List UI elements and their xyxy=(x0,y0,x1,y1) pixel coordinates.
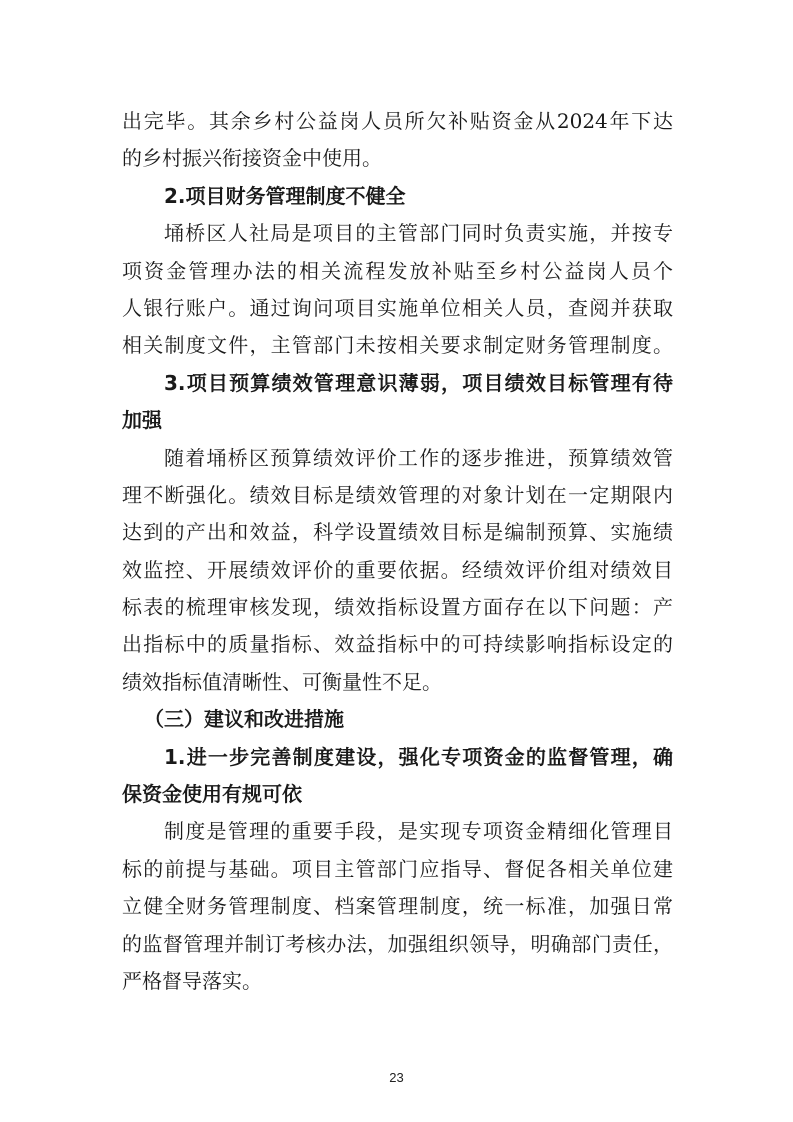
paragraph-line: 项资金管理办法的相关流程发放补贴至乡村公益岗人员个 xyxy=(122,253,673,290)
paragraph-line: 立健全财务管理制度、档案管理制度，统一标准，加强日常 xyxy=(122,888,673,925)
paragraph-line: 随着埇桥区预算绩效评价工作的逐步推进，预算绩效管 xyxy=(122,440,673,477)
subheading-continuation: 加强 xyxy=(122,402,673,439)
paragraph-line: 标表的梳理审核发现，绩效指标设置方面存在以下问题：产 xyxy=(122,589,673,626)
paragraph-line: 制度是管理的重要手段，是实现专项资金精细化管理目 xyxy=(122,813,673,850)
paragraph-line: 人银行账户。通过询问项目实施单位相关人员，查阅并获取 xyxy=(122,290,673,327)
paragraph-line: 埇桥区人社局是项目的主管部门同时负责实施，并按专 xyxy=(122,215,673,252)
paragraph-line: 理不断强化。绩效目标是绩效管理的对象计划在一定期限内 xyxy=(122,477,673,514)
document-page: 出完毕。其余乡村公益岗人员所欠补贴资金从2024年下达 的乡村振兴衔接资金中使用… xyxy=(122,103,673,1000)
section-heading: （三）建议和改进措施 xyxy=(122,701,673,738)
subheading-continuation: 保资金使用有规可依 xyxy=(122,776,673,813)
paragraph-line: 严格督导落实。 xyxy=(122,963,673,1000)
paragraph-line: 出指标中的质量指标、效益指标中的可持续影响指标设定的 xyxy=(122,626,673,663)
paragraph-line: 绩效指标值清晰性、可衡量性不足。 xyxy=(122,664,673,701)
paragraph-line: 相关制度文件，主管部门未按相关要求制定财务管理制度。 xyxy=(122,327,673,364)
subheading: 3.项目预算绩效管理意识薄弱，项目绩效目标管理有待 xyxy=(122,365,673,402)
paragraph-line: 达到的产出和效益，科学设置绩效目标是编制预算、实施绩 xyxy=(122,514,673,551)
paragraph-line: 的乡村振兴衔接资金中使用。 xyxy=(122,140,673,177)
paragraph-line: 出完毕。其余乡村公益岗人员所欠补贴资金从2024年下达 xyxy=(122,103,673,140)
page-number: 23 xyxy=(0,1070,793,1085)
paragraph-line: 标的前提与基础。项目主管部门应指导、督促各相关单位建 xyxy=(122,851,673,888)
subheading: 2.项目财务管理制度不健全 xyxy=(122,178,673,215)
subheading: 1.进一步完善制度建设，强化专项资金的监督管理，确 xyxy=(122,739,673,776)
paragraph-line: 的监督管理并制订考核办法，加强组织领导，明确部门责任， xyxy=(122,926,673,963)
paragraph-line: 效监控、开展绩效评价的重要依据。经绩效评价组对绩效目 xyxy=(122,552,673,589)
